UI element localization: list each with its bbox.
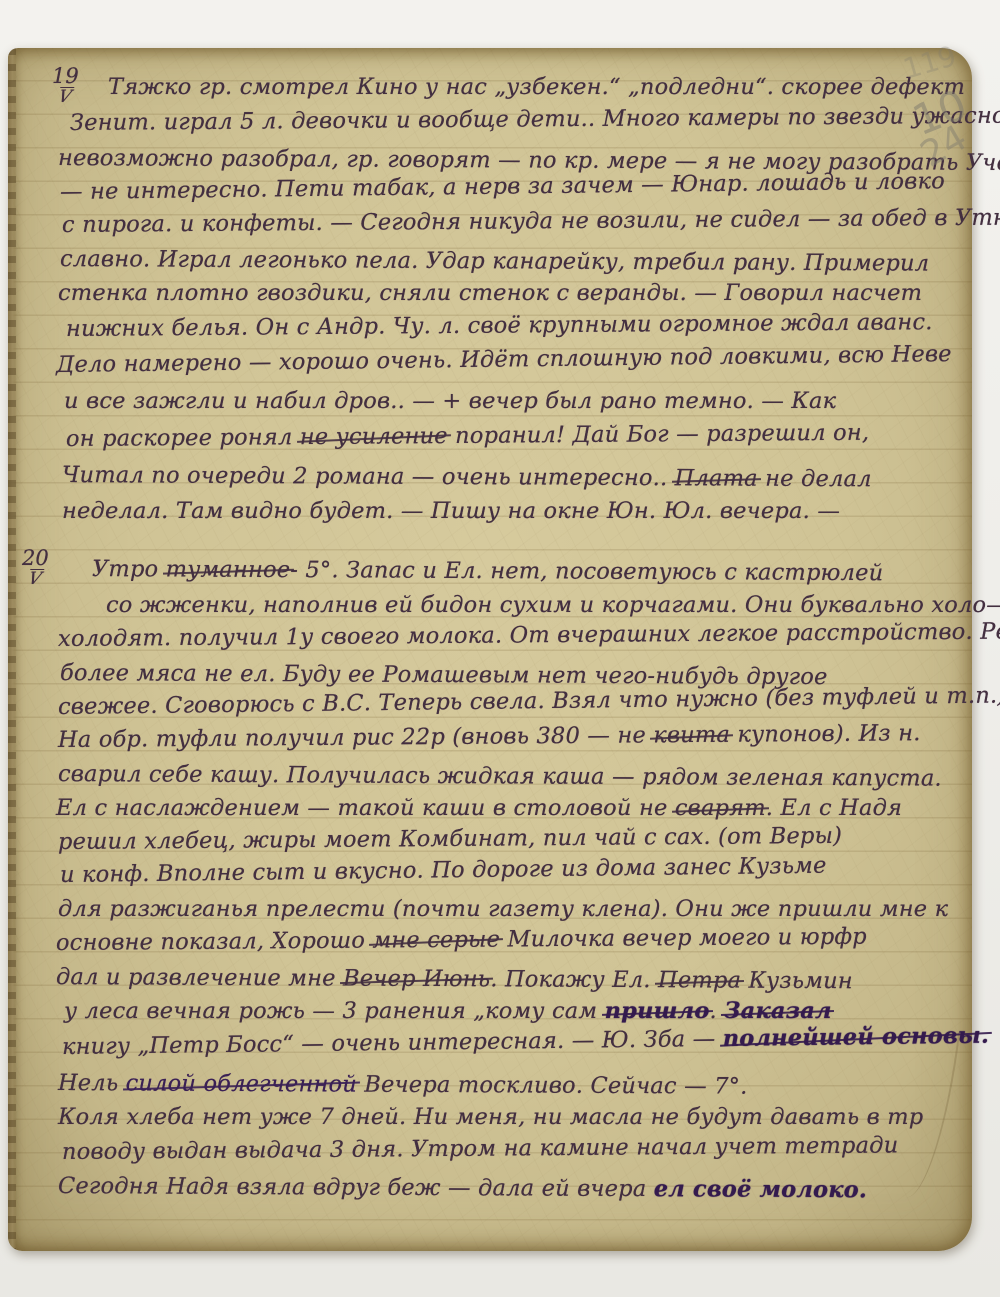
diary-page <box>8 48 972 1251</box>
scan-background: { "document": { "kind": "handwritten dia… <box>0 0 1000 1297</box>
paper-crease <box>892 1027 960 1202</box>
